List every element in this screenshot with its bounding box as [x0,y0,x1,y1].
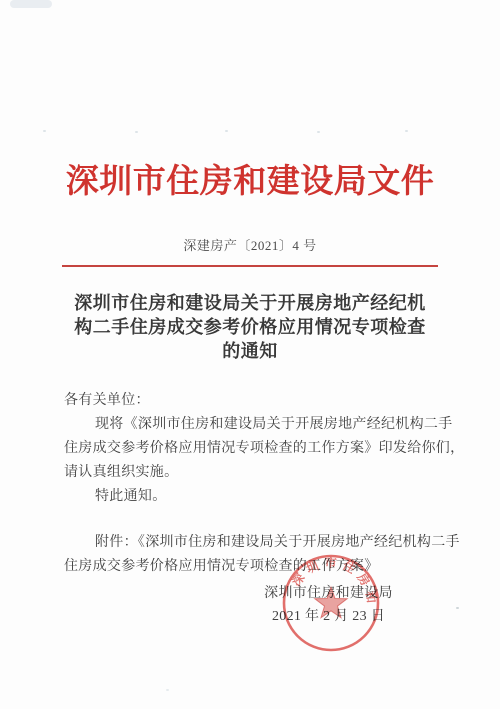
header-separator-line [62,265,438,267]
scan-noise [405,130,408,132]
attachment-section: 附件：《深圳市住房和建设局关于开展房地产经纪机构二手 住房成交参考价格应用情况专… [64,531,456,579]
official-seal: 深圳市住房和建设局 [281,553,381,653]
body-closing-line: 特此通知。 [64,485,456,509]
scan-noise [135,131,138,133]
seal-star-icon [315,587,347,618]
scan-noise [43,130,46,132]
scan-noise [225,130,228,132]
notice-title-line: 构二手住房成交参考价格应用情况专项检查 [30,315,470,339]
body-line: 现将《深圳市住房和建设局关于开展房地产经纪机构二手 [64,413,456,437]
attachment-line: 住房成交参考价格应用情况专项检查的工作方案》 [64,555,456,579]
scan-noise [317,131,320,133]
document-number: 深建房产〔2021〕4 号 [0,235,500,254]
scan-noise [166,689,169,691]
scan-noise [10,0,52,8]
body-salutation: 各有关单位： [64,389,456,413]
body-line: 请认真组织实施。 [64,461,456,485]
notice-title: 深圳市住房和建设局关于开展房地产经纪机 构二手住房成交参考价格应用情况专项检查 … [30,291,470,363]
body-line: 住房成交参考价格应用情况专项检查的工作方案》印发给你们， [64,437,456,461]
notice-title-line: 深圳市住房和建设局关于开展房地产经纪机 [30,291,470,315]
attachment-line: 附件：《深圳市住房和建设局关于开展房地产经纪机构二手 [64,531,456,555]
notice-title-line: 的通知 [30,339,470,363]
document-body: 各有关单位： 现将《深圳市住房和建设局关于开展房地产经纪机构二手 住房成交参考价… [64,389,456,509]
document-header-title: 深圳市住房和建设局文件 [0,160,500,204]
document-page: 深圳市住房和建设局文件 深建房产〔2021〕4 号 深圳市住房和建设局关于开展房… [0,0,500,709]
